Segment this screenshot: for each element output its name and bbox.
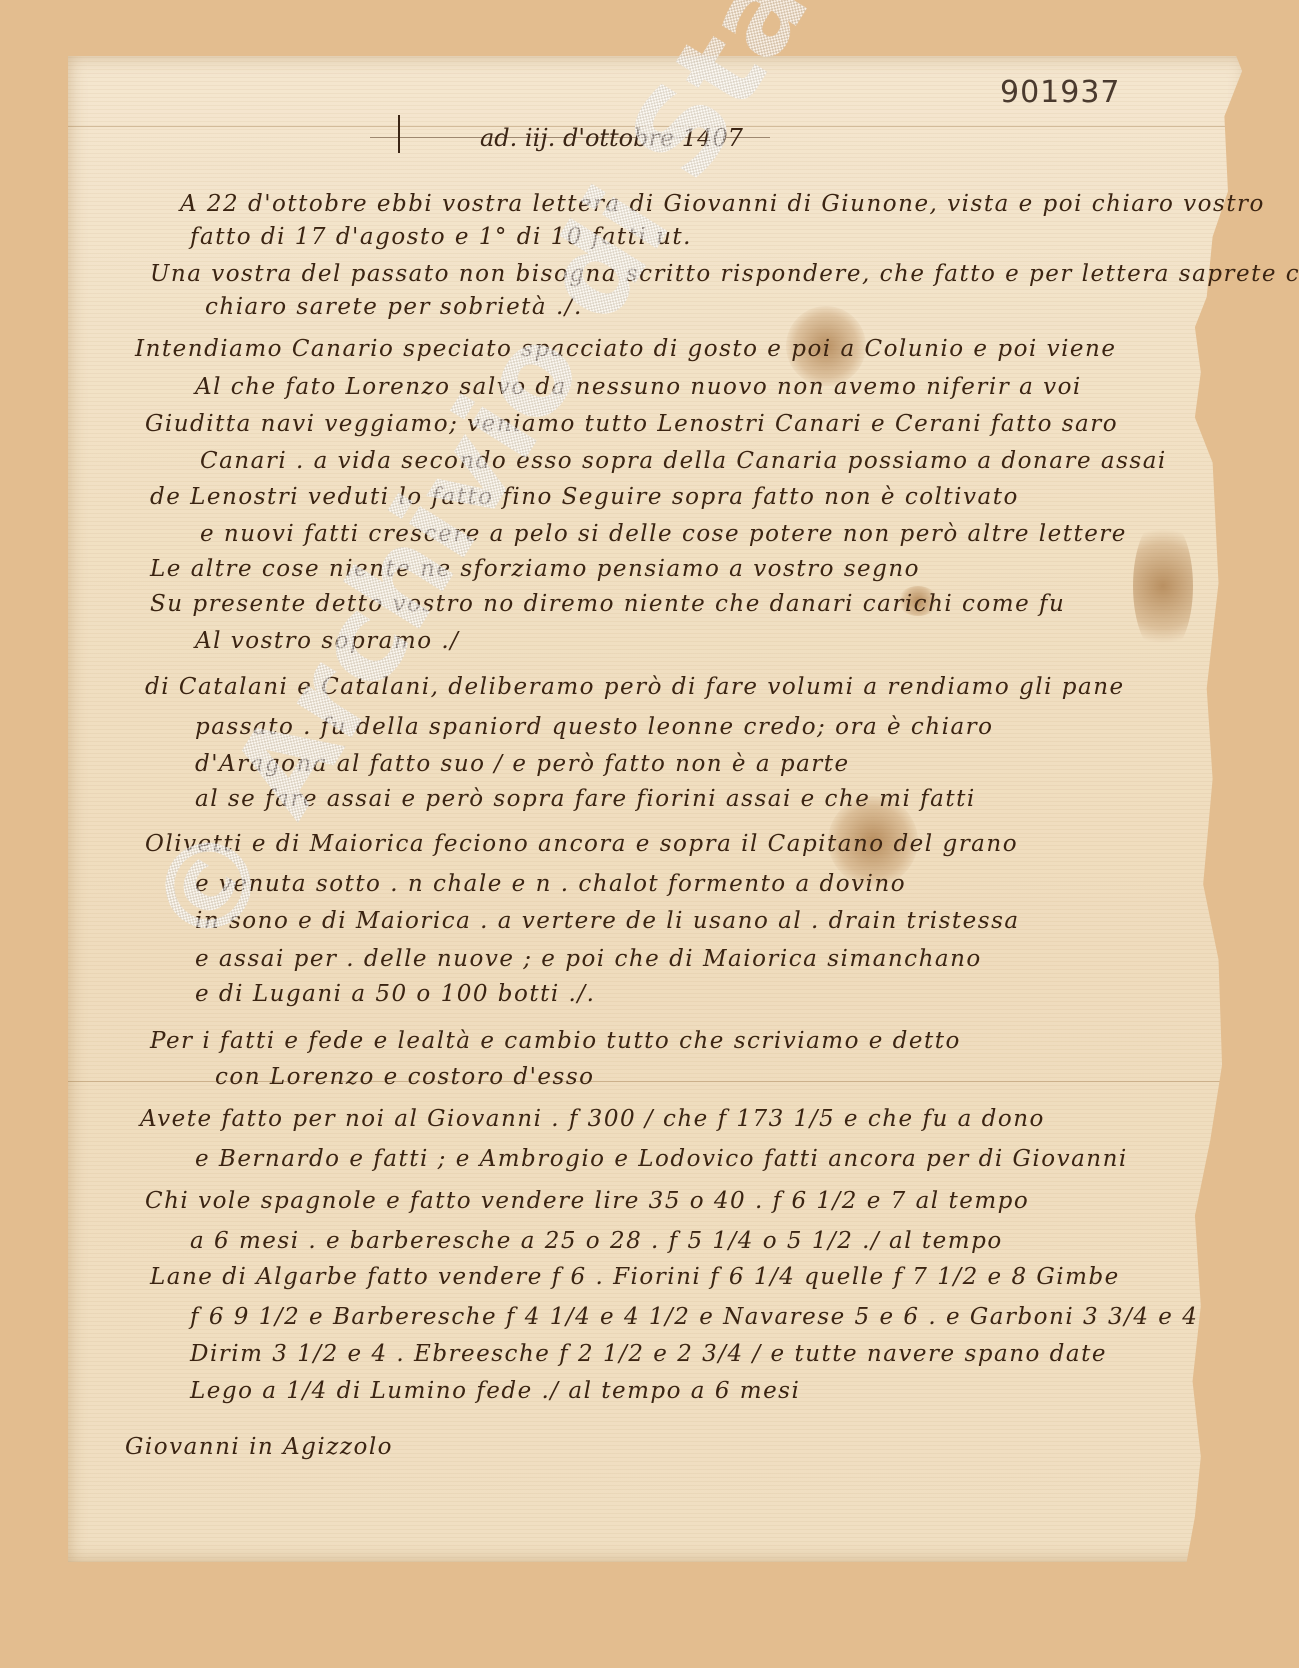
manuscript-line: e Bernardo e fatti ; e Ambrogio e Lodovi… (195, 1146, 1128, 1172)
manuscript-line: Dirim 3 1/2 e 4 . Ebreesche f 2 1/2 e 2 … (190, 1341, 1107, 1367)
manuscript-line: Canari . a vida secondo esso sopra della… (200, 448, 1167, 474)
manuscript-line: e venuta sotto . n chale e n . chalot fo… (195, 871, 906, 897)
archive-number: 901937 (1000, 75, 1121, 110)
manuscript-line: Avete fatto per noi al Giovanni . f 300 … (140, 1106, 1045, 1132)
manuscript-line: e assai per . delle nuove ; e poi che di… (195, 946, 982, 972)
manuscript-line: Una vostra del passato non bisogna scrit… (150, 261, 1299, 287)
manuscript-line: e di Lugani a 50 o 100 botti ./. (195, 981, 595, 1007)
manuscript-line: Lane di Algarbe fatto vendere f 6 . Fior… (150, 1264, 1120, 1290)
manuscript-line: con Lorenzo e costoro d'esso (215, 1064, 594, 1090)
manuscript-line: Per i fatti e fede e lealtà e cambio tut… (150, 1028, 961, 1054)
manuscript-line: Giovanni in Agizzolo (125, 1434, 393, 1460)
manuscript-line: f 6 9 1/2 e Barberesche f 4 1/4 e 4 1/2 … (190, 1304, 1198, 1330)
manuscript-line: Al che fato Lorenzo salvo da nessuno nuo… (195, 374, 1082, 400)
manuscript-line: Le altre cose niente ne sforziamo pensia… (150, 556, 920, 582)
manuscript-line: in sono e di Maiorica . a vertere de li … (195, 908, 1020, 934)
manuscript-line: a 6 mesi . e barberesche a 25 o 28 . f 5… (190, 1228, 1003, 1254)
manuscript-line: e nuovi fatti crescere a pelo si delle c… (200, 521, 1127, 547)
manuscript-line: Su presente detto vostro no diremo nient… (150, 591, 1065, 617)
cross-mark (398, 115, 400, 153)
manuscript-line: Lego a 1/4 di Lumino fede ./ al tempo a … (190, 1378, 800, 1404)
manuscript-line: Giuditta navi veggiamo; veniamo tutto Le… (145, 411, 1118, 437)
manuscript-line: de Lenostri veduti lo fatto fino Seguire… (150, 484, 1019, 510)
manuscript-line: Chi vole spagnole e fatto vendere lire 3… (145, 1188, 1029, 1214)
stain (1133, 516, 1193, 656)
